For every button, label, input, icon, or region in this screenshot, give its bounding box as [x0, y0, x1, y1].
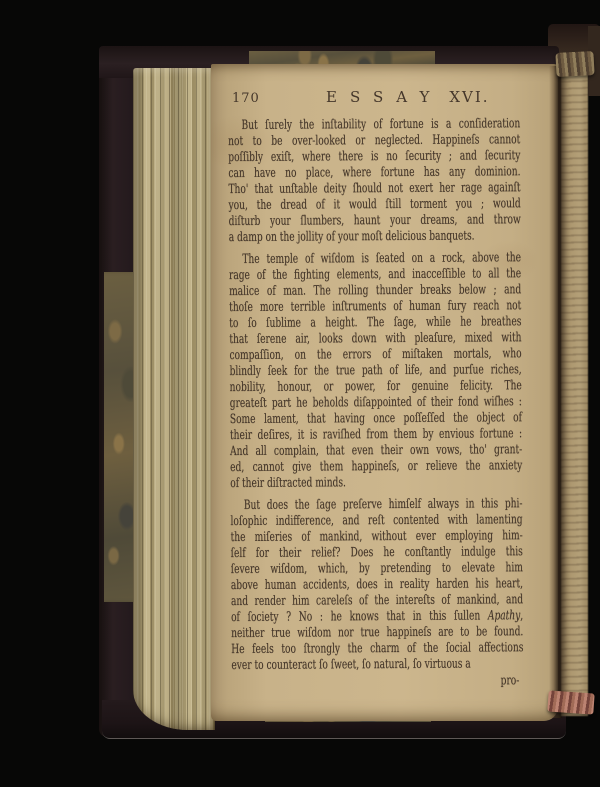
paragraph: But ſurely the inſtability of fortune is…: [228, 116, 521, 246]
headband-bottom: [547, 690, 594, 714]
text-line: rage of the fighting elements, and inacc…: [229, 266, 521, 284]
text-line: to ſo ſublime a height. The ſage, while …: [229, 314, 521, 332]
text-line: blindly ſeek for the true path of life, …: [230, 362, 522, 380]
text-line: not to be over-looked or neglected. Happ…: [228, 132, 520, 150]
text-line: that ſerene air, looks down with pleaſur…: [229, 330, 521, 348]
text-line: neither true wiſdom nor true happineſs a…: [231, 624, 523, 642]
page-header: 170 ESSAYXVI.: [211, 88, 558, 108]
text-line: a damp on the jollity of your moſt delic…: [229, 228, 521, 246]
book-page: 170 ESSAYXVI. But ſurely the inſtability…: [211, 64, 558, 721]
text-line: malice of man. The rolling thunder break…: [229, 282, 521, 300]
text-line: The temple of wiſdom is ſeated on a rock…: [229, 250, 521, 268]
paragraph-container: But ſurely the inſtability of fortune is…: [228, 116, 523, 674]
text-line: ſevere wiſdom, which, by pretending to e…: [231, 560, 523, 578]
text-line: of their diſtracted minds.: [230, 474, 522, 492]
catchword: pro-: [231, 673, 523, 691]
text-line: the miſeries of mankind, without ever em…: [231, 528, 523, 546]
text-line: greateſt part he beholds diſappointed of…: [230, 394, 522, 412]
text-line: you, the dread of it would ſtill torment…: [228, 196, 520, 214]
headband-top: [555, 51, 594, 77]
text-line: But does the ſage preſerve himſelf alway…: [230, 496, 522, 514]
page-fore-edge-stack: [133, 68, 215, 730]
text-line: Tho' that unſtable deity ſhould not exer…: [228, 180, 520, 198]
text-line: of ſociety ? No : he knows that in this …: [231, 608, 523, 626]
text-line: can have no place, where fortune has any…: [228, 164, 520, 182]
paragraph: But does the ſage preſerve himſelf alway…: [230, 496, 523, 674]
text-line: compaſſion, on the errors of miſtaken mo…: [229, 346, 521, 364]
page-text: But ſurely the inſtability of fortune is…: [228, 116, 524, 691]
page-surface: 170 ESSAYXVI. But ſurely the inſtability…: [211, 64, 558, 721]
book-scan: 170 ESSAYXVI. But ſurely the inſtability…: [0, 0, 600, 787]
title-numeral: XVI.: [449, 88, 489, 106]
title-word: ESSAY: [326, 88, 442, 106]
text-line: and render him careleſs of the intereſts…: [231, 592, 523, 610]
running-title: ESSAYXVI.: [326, 88, 490, 106]
text-line: their deſires, it is raviſhed from them …: [230, 426, 522, 444]
text-line: And all complain, that even their own vo…: [230, 442, 522, 460]
text-line: above human accidents, does in reality h…: [231, 576, 523, 594]
text-line: ever to counteract ſo ſweet, ſo natural,…: [231, 656, 523, 674]
text-line: nobility, honour, or power, for genuine …: [230, 378, 522, 396]
text-line: ſelf for their relief? Does he conſtantl…: [231, 544, 523, 562]
paragraph: The temple of wiſdom is ſeated on a rock…: [229, 250, 523, 492]
text-line: loſophic indifference, and reſt contente…: [230, 512, 522, 530]
text-line: He feels too ſtrongly the charm of the ſ…: [231, 640, 523, 658]
text-line: diſturb your ſlumbers, haunt your dreams…: [229, 212, 521, 230]
facing-page-edge: [561, 74, 588, 716]
text-line: poſſibly exiſt, where there is no ſecuri…: [228, 148, 520, 166]
text-line: thoſe more terrible inſtruments of human…: [229, 298, 521, 316]
page-number: 170: [232, 91, 260, 106]
text-line: Some lament, that having once poſſeſſed …: [230, 410, 522, 428]
text-line: But ſurely the inſtability of fortune is…: [228, 116, 520, 134]
text-line: ed, cannot give them happineſs, or relie…: [230, 458, 522, 476]
